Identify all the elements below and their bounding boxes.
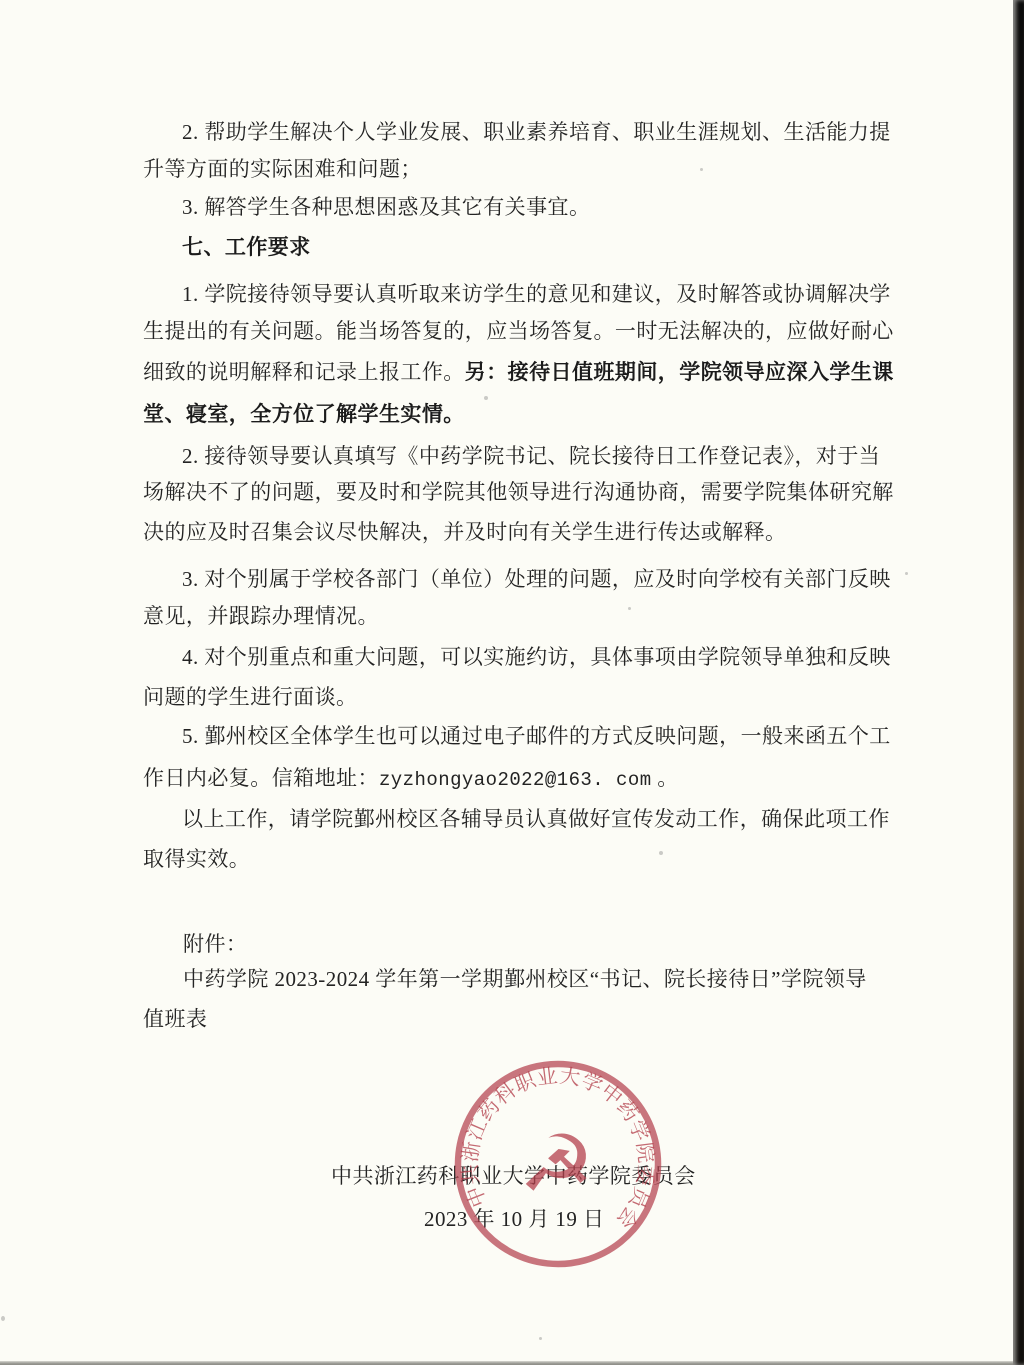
body-line: 以上工作，请学院鄞州校区各辅导员认真做好宣传发动工作，确保此项工作 [182, 805, 890, 833]
scan-speck [905, 572, 908, 575]
seal-text-arc [473, 1075, 647, 1219]
body-text: 4. 对个别重点和重大问题，可以实施约访，具体事项由学院领导单独和反映 [182, 645, 891, 669]
body-text: 2. 接待领导要认真填写《中药学院书记、院长接待日工作登记表》，对于当 [182, 444, 880, 468]
body-line: 2. 接待领导要认真填写《中药学院书记、院长接待日工作登记表》，对于当 [182, 442, 880, 470]
body-line: 3. 对个别属于学校各部门（单位）处理的问题，应及时向学校有关部门反映 [182, 565, 891, 593]
signature-organization: 中共浙江药科职业大学中药学院委员会 [331, 1160, 696, 1190]
body-text: 。 [652, 766, 679, 790]
body-text: 取得实效。 [143, 847, 250, 871]
body-text: 以上工作，请学院鄞州校区各辅导员认真做好宣传发动工作，确保此项工作 [182, 807, 890, 831]
scan-speck [659, 851, 663, 855]
body-line: 问题的学生进行面谈。 [143, 683, 358, 711]
signature-date: 2023 年 10 月 19 日 [424, 1203, 604, 1233]
scan-speck [484, 396, 488, 400]
body-line: 升等方面的实际困难和问题； [143, 155, 422, 183]
body-text: 场解决不了的问题，要及时和学院其他领导进行沟通协商，需要学院集体研究解 [143, 480, 894, 504]
body-text: 细致的说明解释和记录上报工作。 [143, 360, 465, 384]
body-line: 意见，并跟踪办理情况。 [143, 602, 379, 630]
body-text: 作日内必复。信箱地址： [143, 766, 379, 790]
body-line: 决的应及时召集会议尽快解决，并及时向有关学生进行传达或解释。 [143, 518, 787, 546]
body-line: 3. 解答学生各种思想困惑及其它有关事宜。 [182, 193, 590, 221]
body-text: 1. 学院接待领导要认真听取来访学生的意见和建议，及时解答或协调解决学 [182, 282, 891, 306]
body-line: 1. 学院接待领导要认真听取来访学生的意见和建议，及时解答或协调解决学 [182, 280, 891, 308]
body-line: 场解决不了的问题，要及时和学院其他领导进行沟通协商，需要学院集体研究解 [143, 478, 894, 506]
body-line: 2. 帮助学生解决个人学业发展、职业素养培育、职业生涯规划、生活能力提 [182, 118, 891, 146]
body-text-bold: 另：接待日值班期间，学院领导应深入学生课 [465, 360, 894, 384]
body-text: 生提出的有关问题。能当场答复的，应当场答复。一时无法解决的，应做好耐心 [143, 319, 894, 343]
attachment-label: 附件： [183, 928, 247, 958]
body-line: 5. 鄞州校区全体学生也可以通过电子邮件的方式反映问题，一般来函五个工 [182, 722, 891, 750]
section-heading-text: 七、工作要求 [182, 235, 311, 259]
body-text-bold: 堂、寝室，全方位了解学生实情。 [143, 402, 465, 426]
attachment-title-line1: 中药学院 2023-2024 学年第一学期鄞州校区“书记、院长接待日”学院领导 [183, 963, 867, 993]
body-line: 作日内必复。信箱地址：zyzhongyao2022@163. com 。 [143, 764, 679, 794]
body-text: 2. 帮助学生解决个人学业发展、职业素养培育、职业生涯规划、生活能力提 [182, 120, 891, 144]
body-text: 5. 鄞州校区全体学生也可以通过电子邮件的方式反映问题，一般来函五个工 [182, 724, 891, 748]
scan-edge-right [1013, 0, 1024, 1365]
body-text: 决的应及时召集会议尽快解决，并及时向有关学生进行传达或解释。 [143, 520, 787, 544]
scan-edge-bottom [0, 1361, 1013, 1365]
section-heading: 七、工作要求 [182, 233, 311, 261]
body-text: 3. 解答学生各种思想困惑及其它有关事宜。 [182, 195, 590, 219]
body-text: 3. 对个别属于学校各部门（单位）处理的问题，应及时向学校有关部门反映 [182, 567, 891, 591]
body-line: 堂、寝室，全方位了解学生实情。 [143, 400, 465, 428]
scanned-document-page: 2. 帮助学生解决个人学业发展、职业素养培育、职业生涯规划、生活能力提 升等方面… [0, 0, 1024, 1365]
scan-speck [1, 1316, 5, 1321]
scan-speck [700, 168, 703, 171]
body-line: 生提出的有关问题。能当场答复的，应当场答复。一时无法解决的，应做好耐心 [143, 317, 894, 345]
email-address: zyzhongyao2022@163. com [379, 769, 652, 791]
body-line: 取得实效。 [143, 845, 250, 873]
attachment-title-line2: 值班表 [143, 1003, 207, 1033]
body-line: 细致的说明解释和记录上报工作。另：接待日值班期间，学院领导应深入学生课 [143, 358, 894, 386]
body-text: 意见，并跟踪办理情况。 [143, 604, 379, 628]
body-line: 4. 对个别重点和重大问题，可以实施约访，具体事项由学院领导单独和反映 [182, 643, 891, 671]
scan-speck [539, 1337, 542, 1340]
body-text: 问题的学生进行面谈。 [143, 685, 358, 709]
scan-speck [628, 607, 631, 610]
body-text: 升等方面的实际困难和问题； [143, 157, 422, 181]
